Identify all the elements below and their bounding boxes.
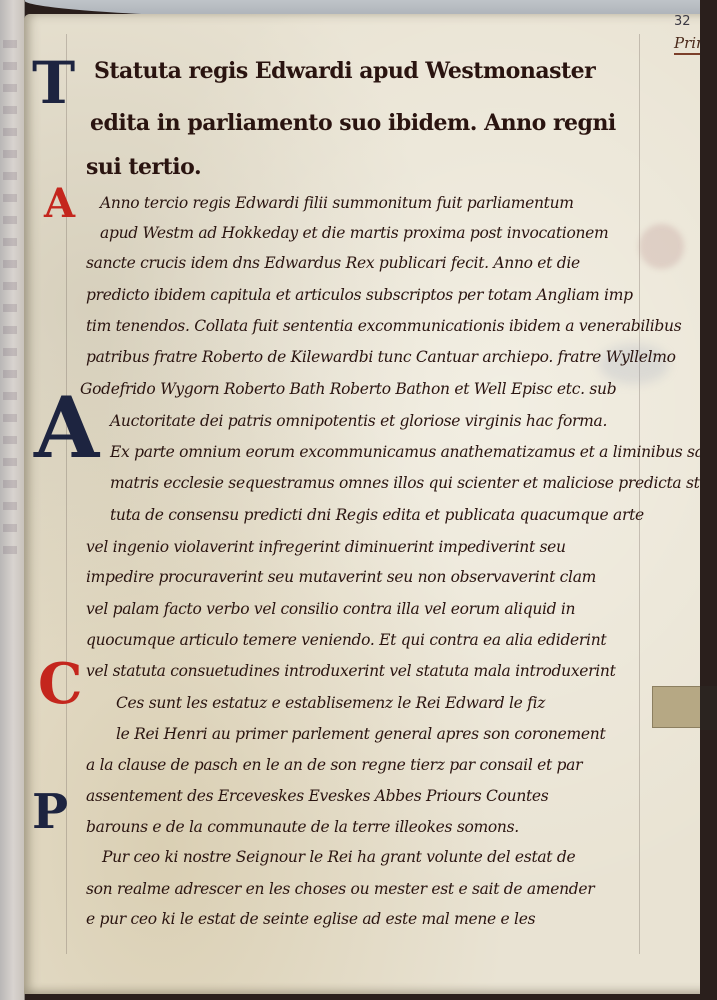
text-line: Ex parte omnium eorum excommunicamus ana… [110,443,717,461]
text-line: son realme adrescer en les choses ou mes… [86,880,594,898]
text-line: quocumque articulo temere veniendo. Et q… [86,631,606,649]
text-line: e pur ceo ki le estat de seinte eglise a… [86,910,535,928]
tab-shadow [700,686,717,730]
paper-tab-marker [652,686,702,728]
ink-bleed-through [3,40,17,560]
text-line: tim tenendos. Collata fuit sententia exc… [86,317,681,335]
adjacent-leaf-edge [0,0,25,1000]
ruling-line-right [639,34,640,954]
text-line: Anno tercio regis Edwardi filii summonit… [100,194,574,212]
text-line: Pur ceo ki nostre Seignour le Rei ha gra… [102,848,575,866]
text-line: assentement des Erceveskes Eveskes Abbes… [86,787,548,805]
initial-a-blue: A [34,386,99,470]
rubric-line-2: edita in parliamento suo ibidem. Anno re… [90,110,616,136]
text-line: vel statuta consuetudines introduxerint … [86,662,616,680]
text-line: matris ecclesie sequestramus omnes illos… [110,474,709,492]
stain-mark [639,224,684,269]
folio-number: 32 [674,14,691,29]
text-line: barouns e de la communaute de la terre i… [86,818,519,836]
rubric-line-3: sui tertio. [86,154,201,180]
text-line: apud Westm ad Hokkeday et die martis pro… [100,224,608,242]
text-line: Auctoritate dei patris omnipotentis et g… [110,412,607,430]
initial-c-red: C [38,656,83,712]
text-line: vel palam facto verbo vel consilio contr… [86,600,575,618]
rubric-line-1: Statuta regis Edwardi apud Westmonaster [94,58,595,84]
text-line: predicto ibidem capitula et articulos su… [86,286,633,304]
text-line: Ces sunt les estatuz e establisemenz le … [116,694,545,712]
text-line: sancte crucis idem dns Edwardus Rex publ… [86,254,580,272]
initial-p-blue: P [32,788,68,836]
manuscript-page: 32 Primum T A A C P Statuta regis Edward… [24,14,710,994]
text-line: vel ingenio violaverint infregerint dimi… [86,538,566,556]
initial-t-blue: T [32,54,75,112]
text-line: tuta de consensu predicti dni Regis edit… [110,506,644,524]
text-line: impedire procuraverint seu mutaverint se… [86,568,596,586]
background-edge [700,0,717,1000]
text-line: a la clause de pasch en le an de son reg… [86,756,582,774]
text-line: le Rei Henri au primer parlement general… [116,725,605,743]
text-line: patribus fratre Roberto de Kilewardbi tu… [86,348,676,366]
text-line: Godefrido Wygorn Roberto Bath Roberto Ba… [80,380,616,398]
initial-a-red: A [44,184,75,224]
